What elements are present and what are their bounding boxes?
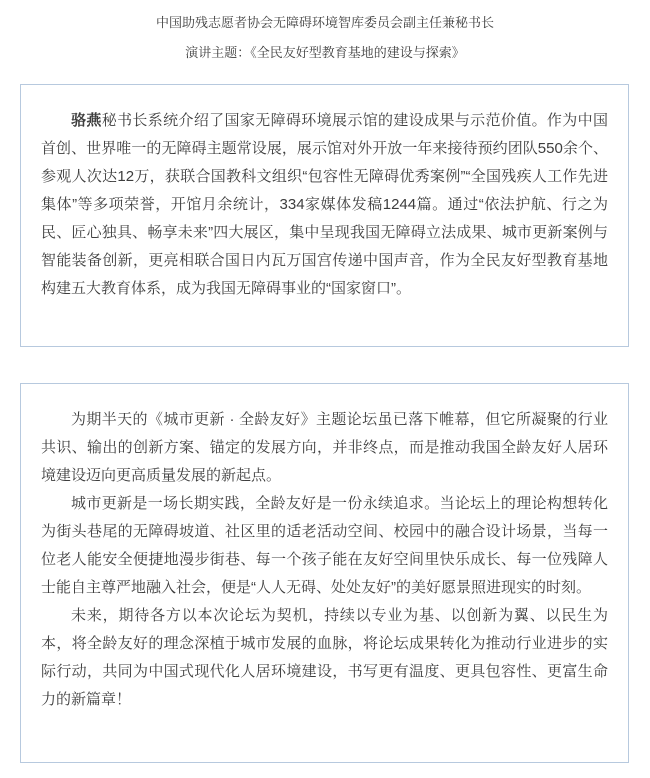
- forum-closing-paragraph-3: 未来，期待各方以本次论坛为契机，持续以专业为基、以创新为翼、以民生为本，将全龄友…: [41, 602, 608, 714]
- speaker-name: 骆燕: [71, 112, 102, 129]
- speech-topic-line: 演讲主题：《全民友好型教育基地的建设与探索》: [0, 38, 650, 68]
- forum-closing-card: 为期半天的《城市更新 · 全龄友好》主题论坛虽已落下帷幕，但它所凝聚的行业共识、…: [20, 383, 629, 763]
- speech-summary-paragraph: 骆燕秘书长系统介绍了国家无障碍环境展示馆的建设成果与示范价值。作为中国首创、世界…: [41, 107, 608, 303]
- speaker-title-line: 中国助残志愿者协会无障碍环境智库委员会副主任兼秘书长: [0, 8, 650, 38]
- forum-closing-paragraph-2: 城市更新是一场长期实践，全龄友好是一份永续追求。当论坛上的理论构想转化为街头巷尾…: [41, 490, 608, 602]
- forum-closing-paragraph-1: 为期半天的《城市更新 · 全龄友好》主题论坛虽已落下帷幕，但它所凝聚的行业共识、…: [41, 406, 608, 490]
- speaker-header: 中国助残志愿者协会无障碍环境智库委员会副主任兼秘书长 演讲主题：《全民友好型教育…: [0, 0, 650, 68]
- speech-summary-card: 骆燕秘书长系统介绍了国家无障碍环境展示馆的建设成果与示范价值。作为中国首创、世界…: [20, 84, 629, 347]
- article-page: 中国助残志愿者协会无障碍环境智库委员会副主任兼秘书长 演讲主题：《全民友好型教育…: [0, 0, 650, 778]
- speech-summary-text: 秘书长系统介绍了国家无障碍环境展示馆的建设成果与示范价值。作为中国首创、世界唯一…: [41, 112, 608, 297]
